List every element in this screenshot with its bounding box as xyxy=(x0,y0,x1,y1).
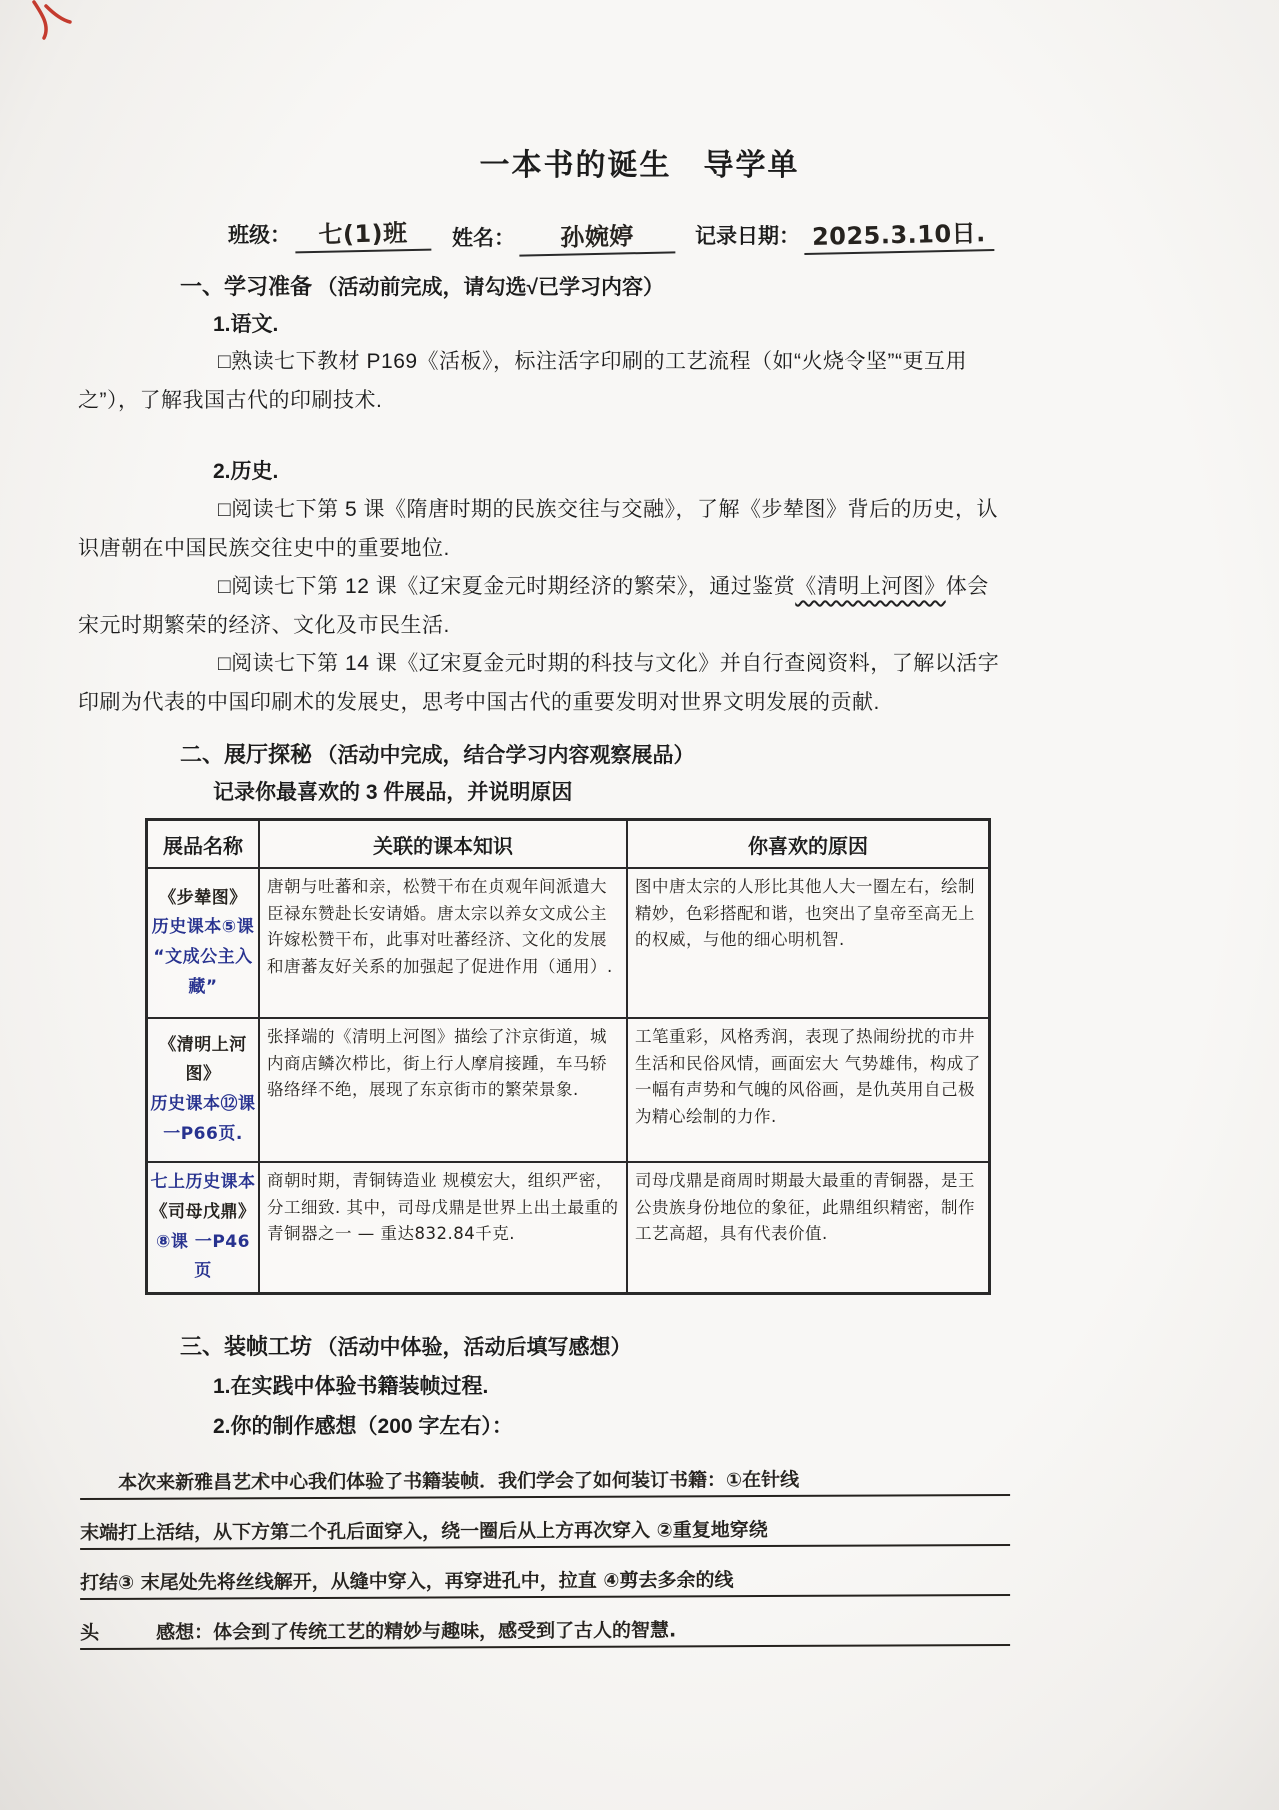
exhibit3-reason-cell: 司母戊鼎是商周时期最大最重的青铜器，是王公贵族身份地位的象征，此鼎组织精密，制作… xyxy=(627,1162,989,1293)
essay-ruled-line: 头 感想：体会到了传统工艺的精妙与趣味，感受到了古人的智慧. xyxy=(80,1596,1010,1650)
exhibit2-name-line3: 一P66页. xyxy=(163,1120,243,1150)
exhibit3-name-cell: 七上历史课本 《司母戊鼎》 ⑧课 一P46页 xyxy=(147,1162,259,1293)
essay-text-line4: 头 感想：体会到了传统工艺的精妙与趣味，感受到了古人的智慧. xyxy=(80,1615,676,1648)
name-value-handwritten: 孙婉婷 xyxy=(519,215,676,256)
exhibit1-name-line1: 《步辇图》 xyxy=(159,884,247,914)
exhibit1-name-cell: 《步辇图》 历史课本⑤课 “文成公主入藏” xyxy=(147,868,259,1018)
class-value-handwritten: 七(1)班 xyxy=(295,213,432,254)
prep-item-history-2: □阅读七下第 12 课《辽宋夏金元时期经济的繁荣》，通过鉴赏《清明上河图》体会宋… xyxy=(78,567,1010,645)
essay-text-line2: 末端打上活结，从下方第二个孔后面穿入，绕一圈后从上方再次穿入 ②重复地穿绕 xyxy=(80,1515,768,1548)
col-header-name: 展品名称 xyxy=(147,820,259,868)
section3-heading: 三、装帧工坊 （活动中体验，活动后填写感想） xyxy=(180,1330,631,1361)
exhibit1-reason-cell: 图中唐太宗的人形比其他人大一圈左右，绘制精妙，色彩搭配和谐，也突出了皇帝至高无上… xyxy=(627,868,989,1018)
binding-step2-title: 2.你的制作感想（200 字左右）： xyxy=(213,1410,513,1440)
section2-subtitle: 记录你最喜欢的 3 件展品，并说明原因 xyxy=(213,776,572,806)
exhibit1-knowledge-cell: 唐朝与吐蕃和亲，松赞干布在贞观年间派遣大臣禄东赞赴长安请婚。唐太宗以养女文成公主… xyxy=(259,868,627,1018)
prep-item-history-3: □阅读七下第 14 课《辽宋夏金元时期的科技与文化》并自行查阅资料，了解以活字印… xyxy=(78,644,1010,722)
date-field: 记录日期： 2025.3.10日. xyxy=(695,215,994,253)
exhibit2-knowledge-cell: 张择端的《清明上河图》描绘了汴京街道，城内商店鳞次栉比，街上行人摩肩接踵，车马轿… xyxy=(259,1018,627,1162)
section2-note: （活动中完成，结合学习内容观察展品） xyxy=(316,744,694,767)
essay-text-line3: 打结③ 末尾处先将丝线解开，从缝中穿入，再穿进孔中，拉直 ④剪去多余的线 xyxy=(80,1565,734,1598)
section2-heading: 二、展厅探秘 （活动中完成，结合学习内容观察展品） xyxy=(180,738,694,769)
essay-ruled-line: 本次来新雅昌艺术中心我们体验了书籍装帧．我们学会了如何装订书籍：①在针线 xyxy=(80,1446,1010,1500)
col-header-knowledge: 关联的课本知识 xyxy=(259,820,627,868)
section1-heading: 一、学习准备 （活动前完成，请勾选√已学习内容） xyxy=(180,270,664,301)
red-pen-mark xyxy=(24,0,84,40)
prep-item-history-1: □阅读七下第 5 课《隋唐时期的民族交往与交融》，了解《步辇图》背后的历史，认识… xyxy=(78,490,1010,568)
essay-ruled-line: 打结③ 末尾处先将丝线解开，从缝中穿入，再穿进孔中，拉直 ④剪去多余的线 xyxy=(80,1546,1010,1600)
exhibit3-name-line1: 七上历史课本 xyxy=(151,1168,256,1198)
item3-pre: □阅读七下第 12 课《辽宋夏金元时期经济的繁荣》，通过鉴赏 xyxy=(218,575,795,598)
exhibit3-name-line2: 《司母戊鼎》 xyxy=(151,1198,256,1228)
subject-history-title: 2.历史. xyxy=(213,455,278,485)
name-label: 姓名： xyxy=(452,227,515,250)
qingming-title-wavy-underline: 《清明上河图》 xyxy=(795,575,946,598)
exhibit1-name-line2: 历史课本⑤课 xyxy=(152,913,254,943)
class-field: 班级： 七(1)班 xyxy=(228,214,431,252)
date-value-handwritten: 2025.3.10日. xyxy=(804,213,995,255)
exhibit2-name-cell: 《清明上河图》 历史课本⑫课 一P66页. xyxy=(147,1018,259,1162)
date-label: 记录日期： xyxy=(695,225,800,248)
exhibit-table: 展品名称 关联的课本知识 你喜欢的原因 《步辇图》 历史课本⑤课 “文成公主入藏… xyxy=(145,818,991,1295)
section1-title: 一、学习准备 xyxy=(180,274,312,299)
class-label: 班级： xyxy=(228,224,291,247)
exhibit3-name-line3: ⑧课 一P46页 xyxy=(148,1228,258,1288)
scanned-worksheet-page: 一本书的诞生 导学单 班级： 七(1)班 姓名： 孙婉婷 记录日期： 2025.… xyxy=(0,0,1279,1810)
col-header-reason: 你喜欢的原因 xyxy=(627,820,989,868)
exhibit2-name-line2: 历史课本⑫课 xyxy=(151,1090,256,1120)
exhibit1-name-line3: “文成公主入藏” xyxy=(148,943,258,1003)
exhibit2-reason-cell: 工笔重彩，风格秀润，表现了热闹纷扰的市井生活和民俗风情，画面宏大 气势雄伟，构成… xyxy=(627,1018,989,1162)
binding-step1-title: 1.在实践中体验书籍装帧过程. xyxy=(213,1370,488,1400)
reflection-essay: 本次来新雅昌艺术中心我们体验了书籍装帧．我们学会了如何装订书籍：①在针线 末端打… xyxy=(80,1448,1010,1648)
essay-text-line1: 本次来新雅昌艺术中心我们体验了书籍装帧．我们学会了如何装订书籍：①在针线 xyxy=(80,1465,799,1498)
page-title: 一本书的诞生 导学单 xyxy=(0,140,1279,184)
exhibit2-name-line1: 《清明上河图》 xyxy=(148,1031,258,1091)
essay-ruled-line: 末端打上活结，从下方第二个孔后面穿入，绕一圈后从上方再次穿入 ②重复地穿绕 xyxy=(80,1496,1010,1550)
section1-note: （活动前完成，请勾选√已学习内容） xyxy=(316,276,664,299)
section2-title: 二、展厅探秘 xyxy=(180,742,312,767)
subject-chinese-title: 1.语文. xyxy=(213,308,278,338)
exhibit3-knowledge-cell: 商朝时期，青铜铸造业 规模宏大，组织严密，分工细致. 其中，司母戊鼎是世界上出土… xyxy=(259,1162,627,1293)
section3-title: 三、装帧工坊 xyxy=(180,1334,312,1359)
name-field: 姓名： 孙婉婷 xyxy=(452,217,675,255)
prep-item-chinese: □熟读七下教材 P169《活板》，标注活字印刷的工艺流程（如“火烧令坚”“更互用… xyxy=(78,342,1010,420)
section3-note: （活动中体验，活动后填写感想） xyxy=(316,1336,631,1359)
